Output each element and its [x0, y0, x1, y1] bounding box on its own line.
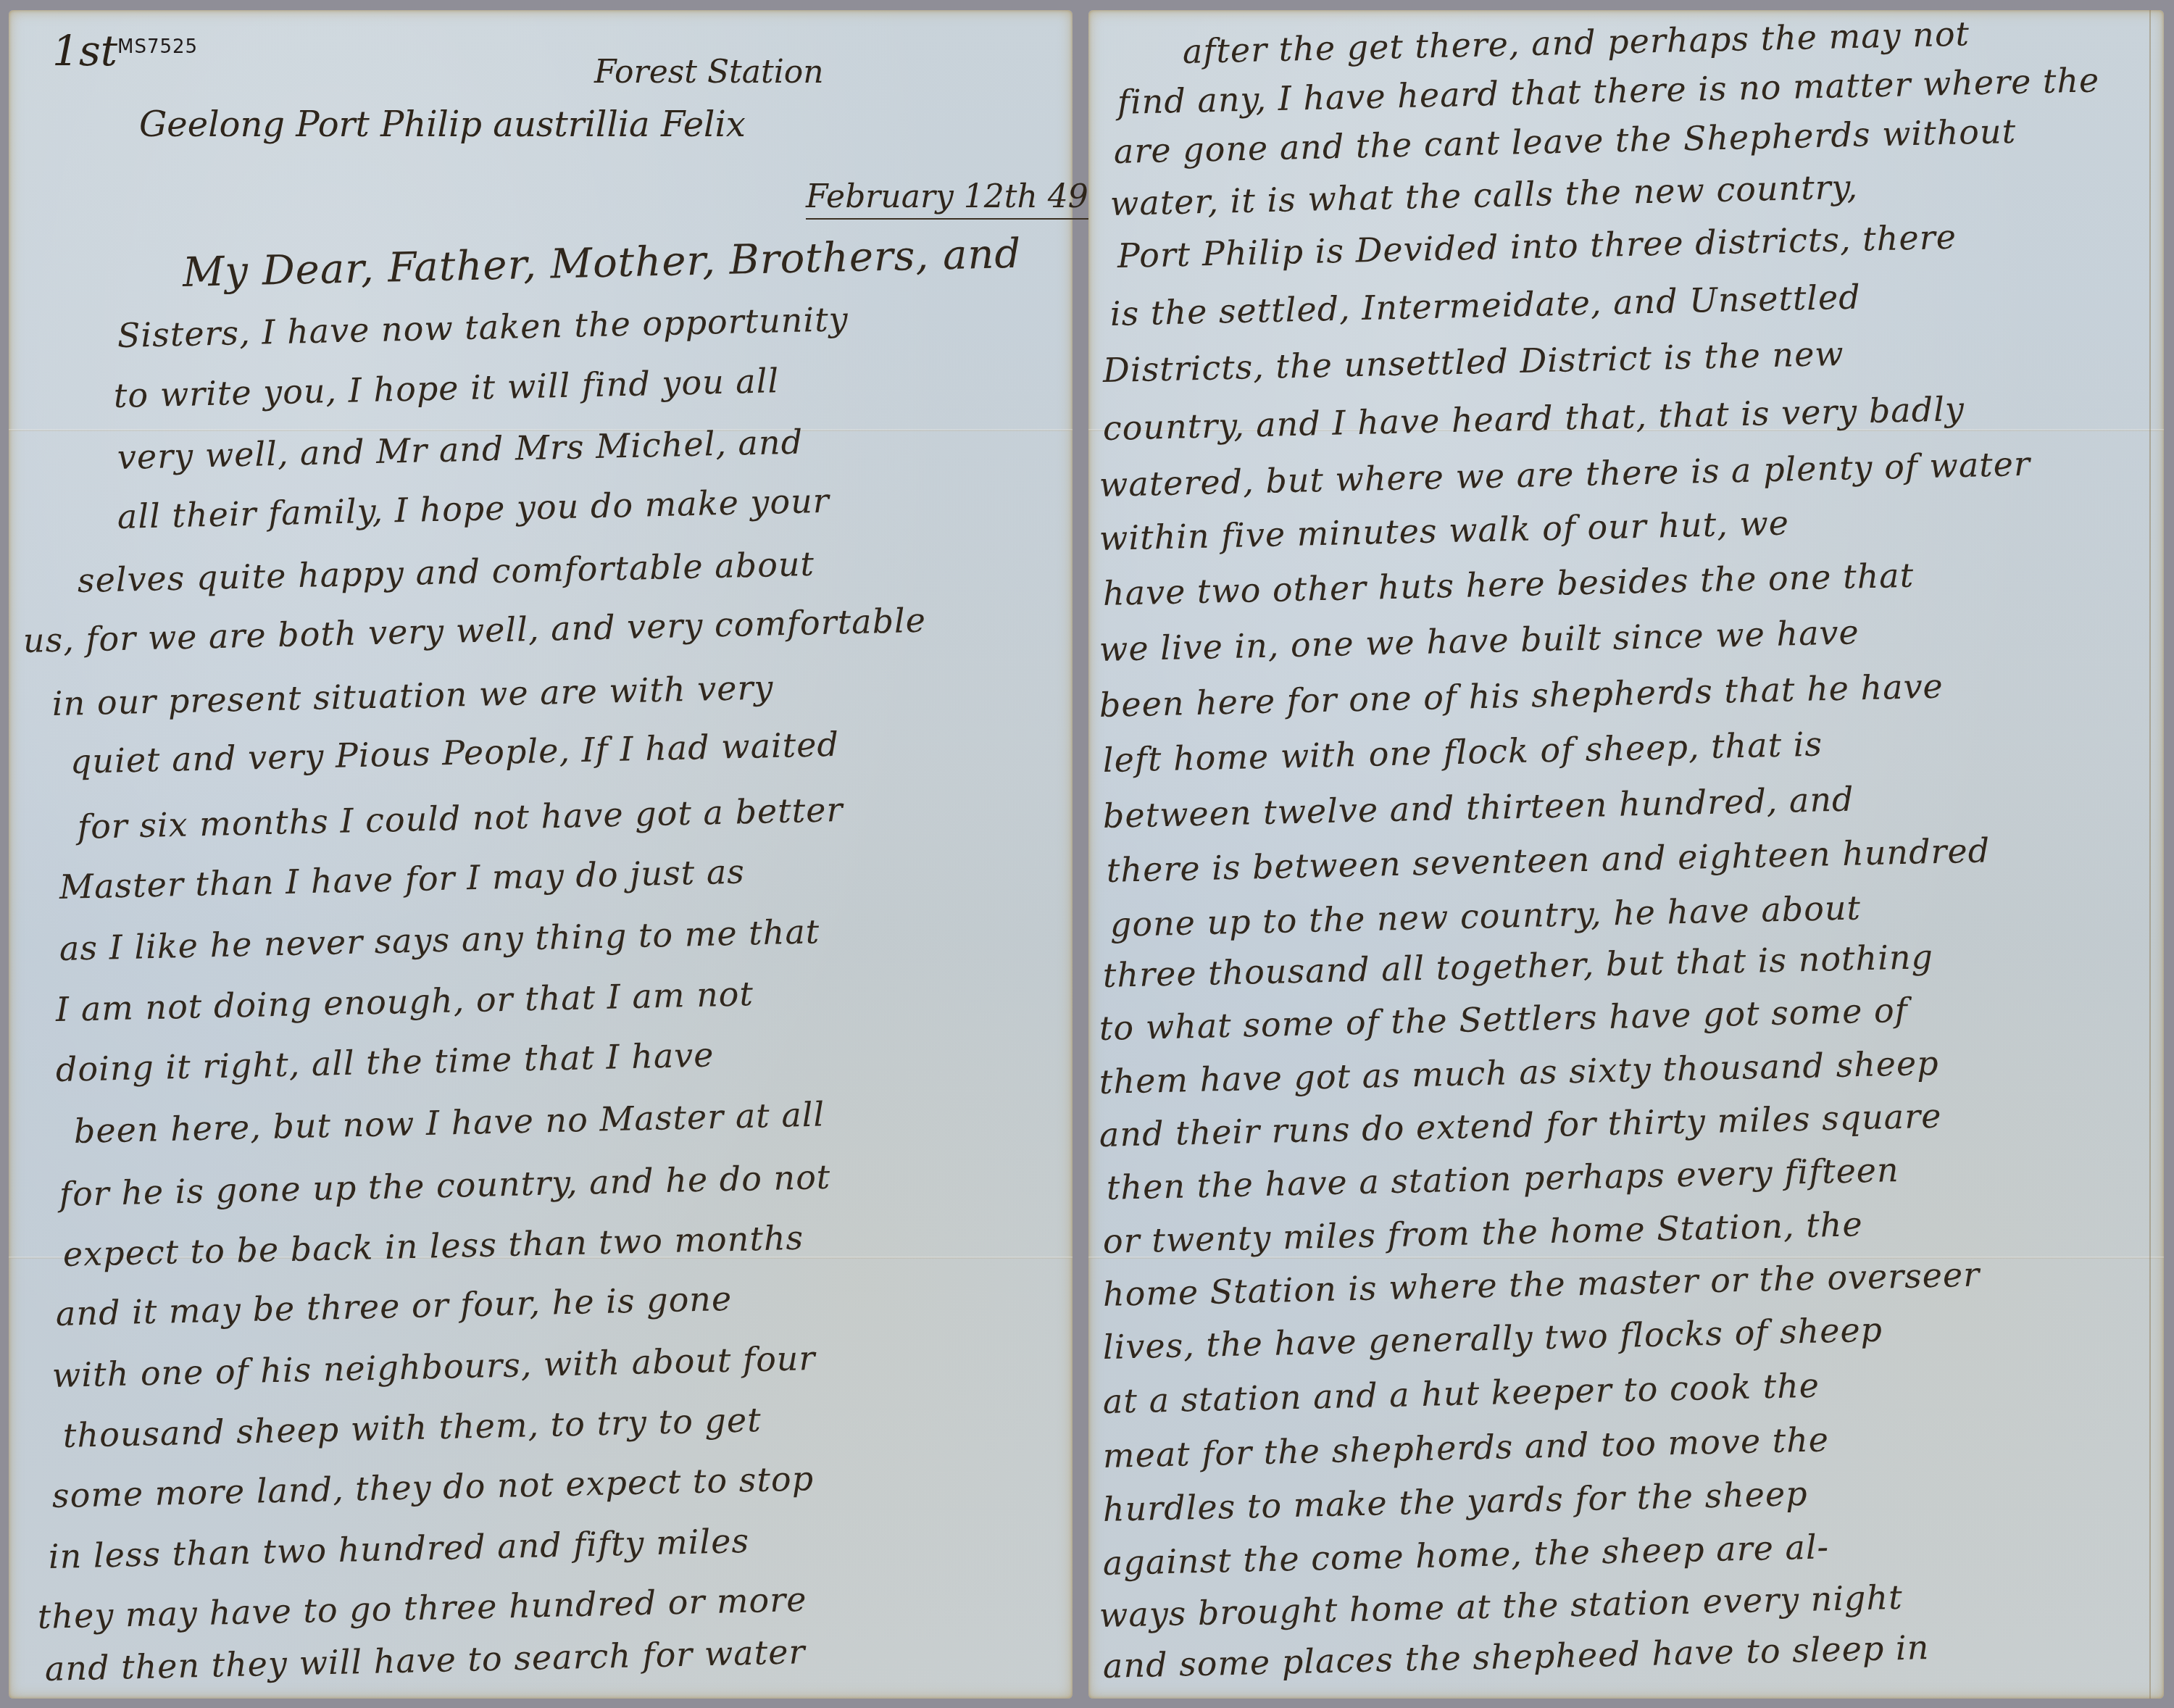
folio-mark: 1st — [52, 26, 117, 75]
text-line: after the get there, and perhaps the may… — [1182, 14, 1970, 71]
text-line: in our present situation we are with ver… — [51, 667, 774, 723]
text-line: Master than I have for I may do just as — [59, 852, 745, 907]
text-line: then the have a station perhaps every fi… — [1106, 1150, 1899, 1207]
text-line: Sisters, I have now taken the opportunit… — [117, 299, 849, 355]
heading-station: Forest Station — [594, 54, 824, 91]
text-line: at a station and a hut keeper to cook th… — [1102, 1366, 1820, 1421]
text-line: thousand sheep with them, to try to get — [62, 1400, 762, 1455]
text-line: is the settled, Intermeidate, and Unsett… — [1109, 278, 1861, 333]
text-line: water, it is what the calls the new coun… — [1109, 167, 1858, 223]
text-line: been here for one of his shepherds that … — [1099, 667, 1944, 725]
text-line: as I like he never says any thing to me … — [59, 912, 820, 968]
text-line: they may have to go three hundred or mor… — [37, 1580, 807, 1636]
text-line: home Station is where the master or the … — [1102, 1255, 1980, 1314]
text-line: and it may be three or four, he is gone — [55, 1279, 732, 1333]
left-page: 1st MS7525 Forest Station Geelong Port P… — [9, 10, 1073, 1699]
text-line: within five minutes walk of our hut, we — [1099, 503, 1789, 558]
text-line: watered, but where we are there is a ple… — [1099, 444, 2031, 504]
text-line: country, and I have heard that, that is … — [1102, 389, 1965, 448]
text-line: Districts, the unsettled District is the… — [1102, 334, 1844, 390]
text-line: and their runs do extend for thirty mile… — [1099, 1096, 1942, 1154]
text-line: meat for the shepherds and too move the — [1102, 1420, 1829, 1475]
text-line: them have got as much as sixty thousand … — [1099, 1043, 1939, 1101]
text-line: between twelve and thirteen hundred, and — [1102, 779, 1854, 836]
text-line: to what some of the Settlers have got so… — [1099, 991, 1908, 1048]
heading-date: February 12th 49 — [806, 178, 1088, 220]
text-line: quiet and very Pious People, If I had wa… — [70, 725, 839, 781]
text-line: are gone and the cant leave the Shepherd… — [1113, 112, 2016, 171]
text-line: us, for we are both very well, and very … — [22, 601, 926, 660]
right-page: after the get there, and perhaps the may… — [1088, 10, 2164, 1699]
text-line: some more land, they do not expect to st… — [51, 1459, 814, 1515]
text-line: or twenty miles from the home Station, t… — [1102, 1204, 1863, 1261]
text-line: selves quite happy and comfortable about — [77, 544, 815, 600]
text-line: lives, the have generally two flocks of … — [1102, 1310, 1883, 1367]
text-line: ways brought home at the station every n… — [1099, 1578, 1903, 1635]
text-line: doing it right, all the time that I have — [55, 1035, 715, 1089]
text-line: and then they will have to search for wa… — [44, 1632, 806, 1688]
text-line: all their family, I hope you do make you… — [117, 481, 830, 536]
text-line: been here, but now I have no Master at a… — [73, 1094, 825, 1150]
text-line: Port Philip is Devided into three distri… — [1117, 217, 1957, 275]
text-line: hurdles to make the yards for the sheep — [1102, 1474, 1808, 1529]
text-line: gone up to the new country, he have abou… — [1109, 888, 1861, 943]
text-line: against the come home, the sheep are al- — [1102, 1527, 1829, 1583]
text-line: I am not doing enough, or that I am not — [55, 974, 754, 1029]
text-line: expect to be back in less than two month… — [62, 1218, 804, 1274]
heading-place: Geelong Port Philip austrillia Felix — [139, 104, 746, 145]
text-line: have two other huts here besides the one… — [1102, 556, 1914, 613]
salutation-line: My Dear, Father, Mother, Brothers, and — [182, 230, 1022, 296]
text-line: and some places the shepheed have to sle… — [1102, 1628, 1929, 1686]
text-line: three thousand all together, but that is… — [1102, 937, 1933, 995]
text-line: for six months I could not have got a be… — [77, 790, 844, 846]
text-line: for he is gone up the country, and he do… — [59, 1157, 830, 1214]
text-line: there is between seventeen and eighteen … — [1106, 830, 1990, 890]
text-line: we live in, one we have built since we h… — [1099, 612, 1859, 669]
text-line: in less than two hundred and fifty miles — [48, 1521, 749, 1576]
text-line: left home with one flock of sheep, that … — [1102, 724, 1823, 780]
text-line: to write you, I hope it will find you al… — [113, 361, 779, 415]
text-line: with one of his neighbours, with about f… — [51, 1338, 816, 1395]
page-edge — [2149, 10, 2151, 1699]
catalog-number: MS7525 — [117, 36, 198, 58]
